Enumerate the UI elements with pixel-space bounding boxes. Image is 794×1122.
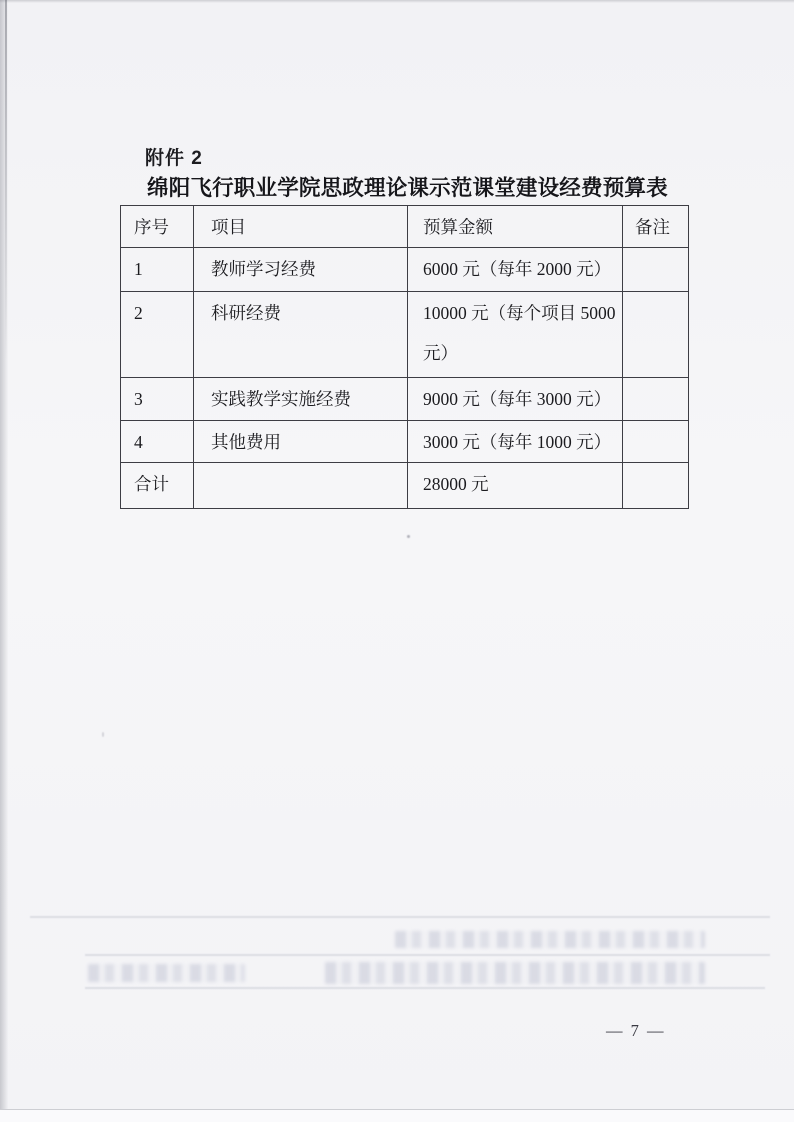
ghost-text-smudge [325,962,705,984]
cell-no: 2 [121,292,194,378]
page-number: — 7 — [606,1021,666,1041]
total-remark [623,463,689,509]
budget-table: 序号 项目 预算金额 备注 1 教师学习经费 6000 元（每年 2000 元）… [120,205,689,509]
header-amount: 预算金额 [408,206,623,248]
table-row: 1 教师学习经费 6000 元（每年 2000 元） [121,248,689,292]
cell-no: 4 [121,421,194,463]
table-row: 3 实践教学实施经费 9000 元（每年 3000 元） [121,378,689,421]
total-label: 合计 [121,463,194,509]
cell-amount: 9000 元（每年 3000 元） [408,378,623,421]
scan-edge-bottom [0,1109,794,1122]
cell-no: 1 [121,248,194,292]
scan-speck [102,732,104,737]
cell-amount: 3000 元（每年 1000 元） [408,421,623,463]
cell-item: 教师学习经费 [194,248,408,292]
table-total-row: 合计 28000 元 [121,463,689,509]
cell-no: 3 [121,378,194,421]
cell-remark [623,292,689,378]
header-no: 序号 [121,206,194,248]
scan-edge-left-line [5,0,7,360]
scanned-document-page: 附件 2 绵阳飞行职业学院思政理论课示范课堂建设经费预算表 序号 项目 预算金额… [0,0,794,1122]
cell-item: 科研经费 [194,292,408,378]
ghost-rule [30,916,770,918]
cell-item: 其他费用 [194,421,408,463]
header-item: 项目 [194,206,408,248]
total-amount: 28000 元 [408,463,623,509]
ghost-text-smudge [88,964,245,982]
scan-edge-top [0,0,794,3]
table-row: 4 其他费用 3000 元（每年 1000 元） [121,421,689,463]
ghost-text-smudge [395,931,705,948]
table-header-row: 序号 项目 预算金额 备注 [121,206,689,248]
ghost-rule [85,954,770,956]
document-title: 绵阳飞行职业学院思政理论课示范课堂建设经费预算表 [147,171,668,202]
cell-remark [623,378,689,421]
cell-item: 实践教学实施经费 [194,378,408,421]
ghost-rule [85,987,765,989]
total-item [194,463,408,509]
cell-remark [623,248,689,292]
cell-remark [623,421,689,463]
attachment-label: 附件 2 [145,143,203,170]
cell-amount: 10000 元（每个项目 5000 元） [408,292,623,378]
table-row: 2 科研经费 10000 元（每个项目 5000 元） [121,292,689,378]
header-remark: 备注 [623,206,689,248]
scan-speck [407,535,410,538]
cell-amount: 6000 元（每年 2000 元） [408,248,623,292]
